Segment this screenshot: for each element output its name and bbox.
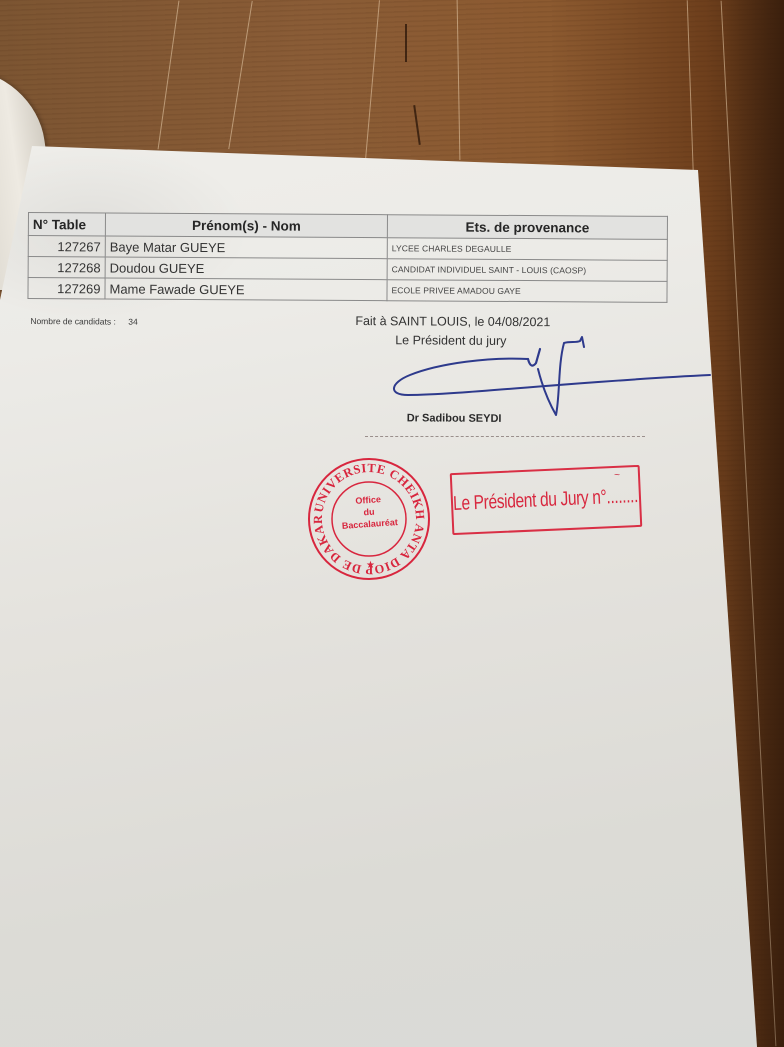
handwritten-jury-number-mark: ~ [614,470,620,481]
candidate-count-value: 34 [128,317,138,327]
jury-president-stamp: Le Président du Jury n°........ ~ [450,465,643,535]
candidate-name-cell: Baye Matar GUEYE [105,236,387,259]
results-document: N° Table Prénom(s) - Nom Ets. de provena… [27,212,668,303]
university-round-stamp: UNIVERSITE CHEIKH ANTA DIOP DE DAKAR ★ O… [306,456,432,582]
candidate-name-cell: Doudou GUEYE [105,257,387,280]
svg-text:★: ★ [366,560,375,571]
table-number-cell: 127267 [28,236,105,257]
place-and-date: Fait à SAINT LOUIS, le 04/08/2021 [355,314,550,329]
candidates-table: N° Table Prénom(s) - Nom Ets. de provena… [27,212,668,303]
signature-line [365,436,645,437]
jury-president-stamp-text: Le Président du Jury n°........ [453,484,639,515]
table-number-cell: 127269 [28,278,105,299]
school-cell: CANDIDAT INDIVIDUEL SAINT - LOUIS (CAOSP… [387,259,667,282]
handwritten-signature [380,335,720,425]
header-name: Prénom(s) - Nom [105,213,387,238]
candidate-count-label: Nombre de candidats : [30,316,116,327]
candidate-name-cell: Mame Fawade GUEYE [105,278,387,301]
candidate-count: Nombre de candidats : 34 [30,316,137,327]
school-cell: LYCEE CHARLES DEGAULLE [387,238,667,261]
header-school: Ets. de provenance [387,215,667,240]
school-cell: ECOLE PRIVEE AMADOU GAYE [387,280,667,303]
header-table-number: N° Table [28,213,105,236]
table-number-cell: 127268 [28,257,105,278]
table-row: 127269 Mame Fawade GUEYE ECOLE PRIVEE AM… [28,278,667,303]
